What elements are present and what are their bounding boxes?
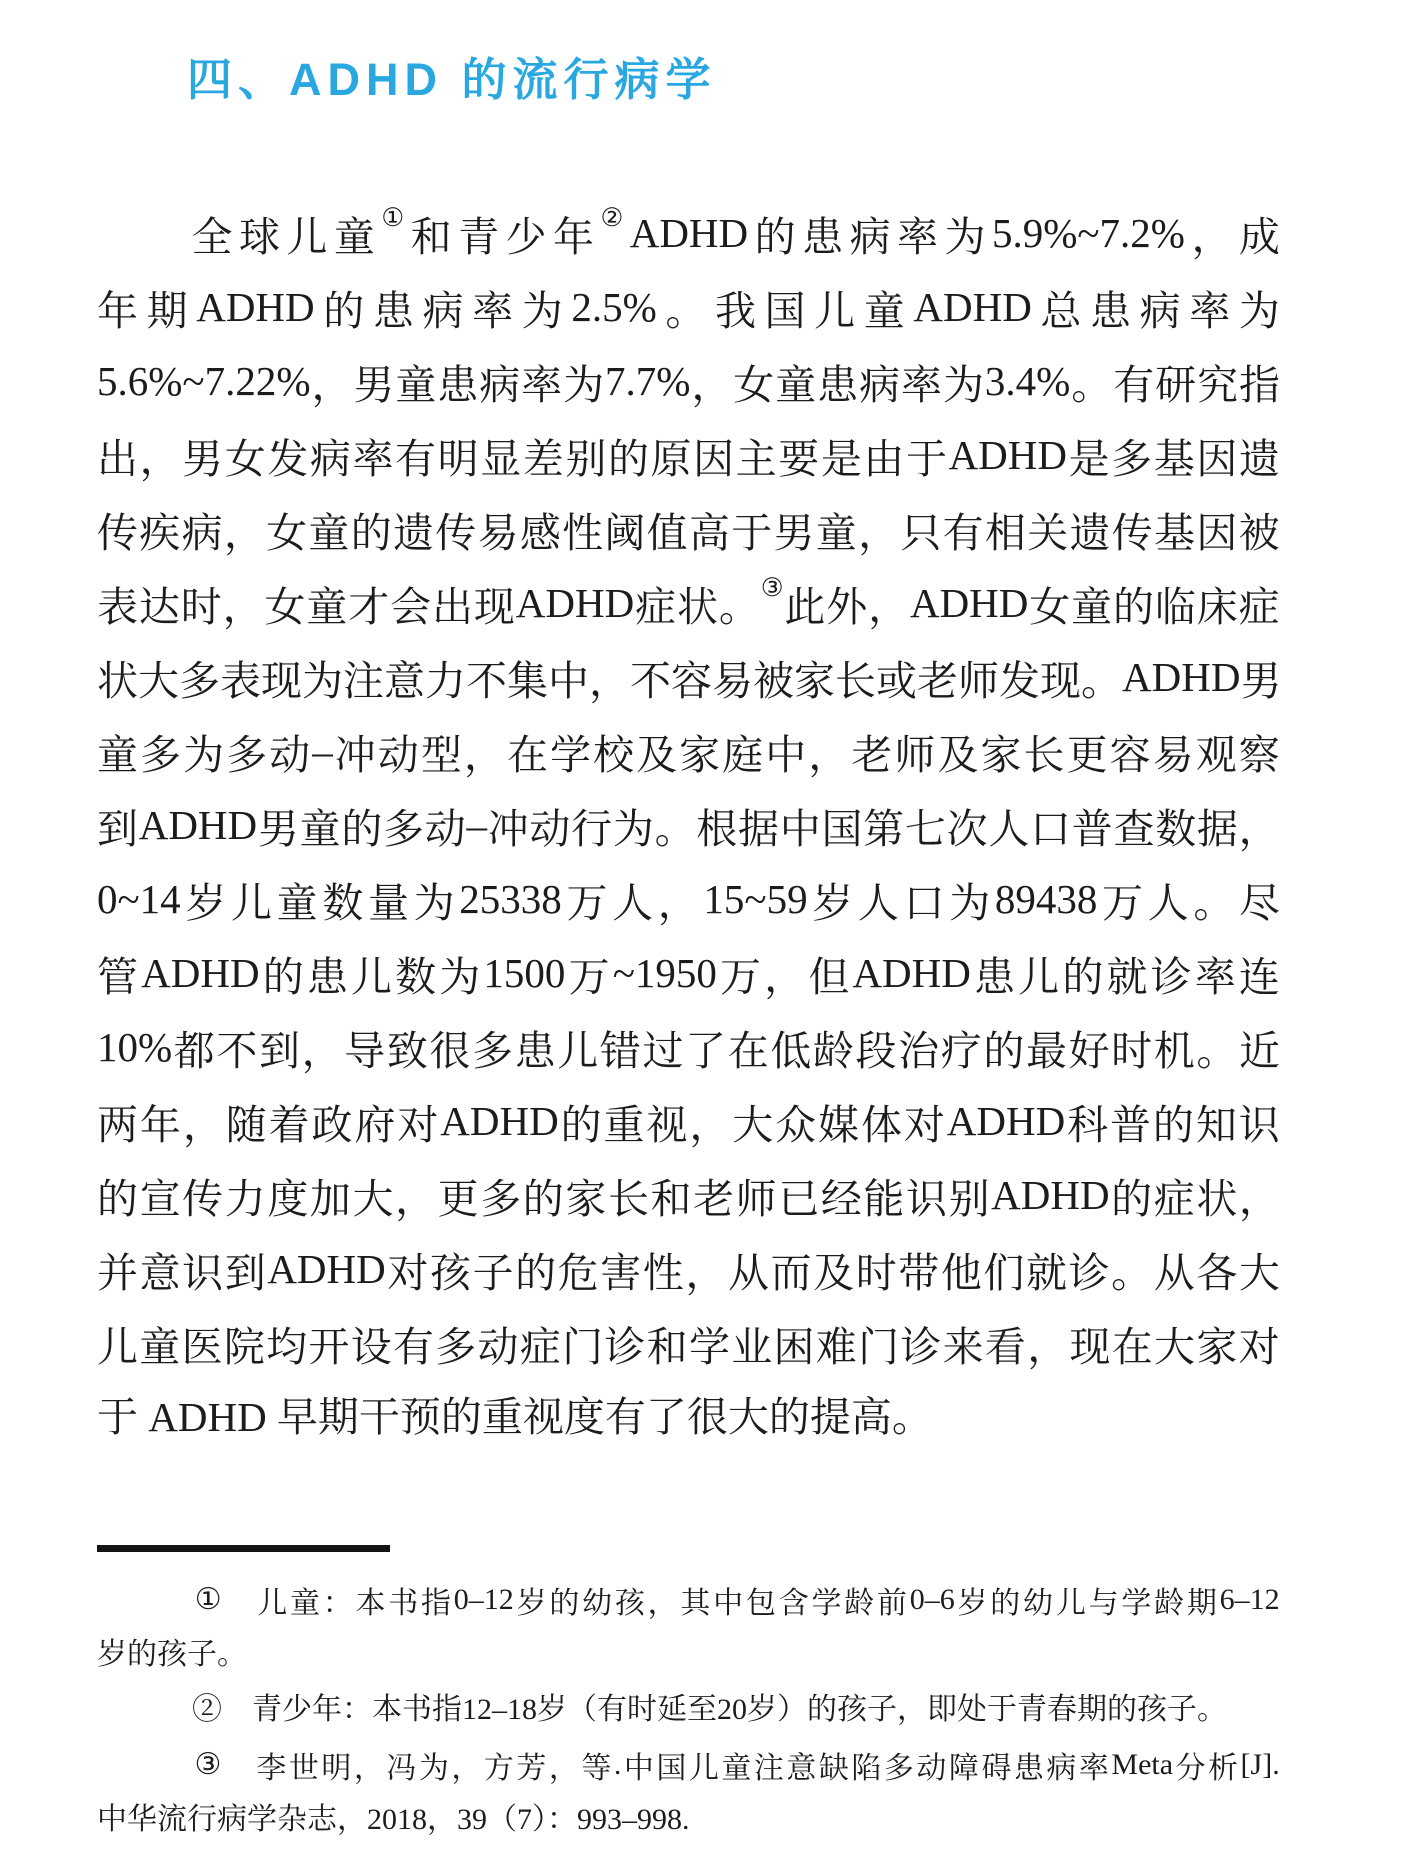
text-token: 指 <box>421 1578 451 1622</box>
text-token: 病 <box>479 352 520 411</box>
text-token: 阈 <box>604 500 645 559</box>
text-token: 3.4% <box>985 357 1070 405</box>
text-token: 冲 <box>488 796 529 855</box>
text-token: 的 <box>263 944 304 1003</box>
text-token: 状 <box>1196 1166 1237 1225</box>
text-token: 动 <box>478 1314 519 1373</box>
text-token: 人 <box>1148 870 1189 929</box>
text-token: 因 <box>1196 426 1237 485</box>
text-token: 儿 <box>286 204 327 263</box>
text-token: 被 <box>753 648 794 707</box>
footnote-ref: ② <box>600 202 623 233</box>
text-token: 观 <box>1196 722 1237 781</box>
text-token: 主 <box>736 426 777 485</box>
text-token: 的 <box>549 1578 579 1622</box>
text-line: 0~14岁儿童数量为25338万人，15~59岁人口为89438万人。尽 <box>97 862 1280 936</box>
text-token: 中 <box>548 648 589 707</box>
text-line: 出，男女发病率有明显差别的原因主要是由于ADHD是多基因遗 <box>97 418 1280 492</box>
text-token: 幼 <box>582 1578 612 1622</box>
text-token: ， <box>223 574 264 633</box>
text-token: 很 <box>429 1018 470 1077</box>
text-token: ， <box>868 574 909 633</box>
text-token: 。 <box>655 796 696 855</box>
text-token: 量 <box>368 870 409 929</box>
text-token: 性 <box>643 1240 684 1299</box>
text-token: 岁 <box>812 870 853 929</box>
text-token: 童 <box>395 352 436 411</box>
text-line: 童多为多动–冲动型，在学校及家庭中，老师及家长更容易观察 <box>97 714 1280 788</box>
text-token: 患 <box>802 204 843 263</box>
text-line: 儿童医院均开设有多动症门诊和学业困难门诊来看，现在大家对 <box>97 1306 1280 1380</box>
text-token: 才 <box>348 574 389 633</box>
text-token: 连 <box>1239 944 1280 1003</box>
text-token: . <box>614 1748 622 1782</box>
text-line: 年期ADHD的患病率为2.5%。我国儿童ADHD总患病率为 <box>97 270 1280 344</box>
text-token: 诊 <box>1151 944 1192 1003</box>
text-token: 冯 <box>386 1743 416 1787</box>
text-token: 的 <box>515 1240 556 1299</box>
text-token: 重 <box>604 1092 645 1151</box>
text-token: 动 <box>916 1743 946 1787</box>
text-token: 为 <box>943 352 984 411</box>
text-token: 多 <box>1111 426 1152 485</box>
text-token: 究 <box>1197 352 1238 411</box>
text-token: ， <box>1191 204 1232 263</box>
text-token: 的 <box>351 500 392 559</box>
text-token: 诊 <box>1069 1240 1110 1299</box>
footnote-separator-bar <box>97 1545 390 1552</box>
text-token: 传 <box>182 1166 223 1225</box>
text-token: 家 <box>565 1166 606 1225</box>
text-token: 率 <box>472 278 513 337</box>
text-token: 童 <box>306 574 347 633</box>
text-token: 龄 <box>1154 1578 1184 1622</box>
text-token: ， <box>691 352 732 411</box>
text-token: 不 <box>466 648 507 707</box>
text-token: 大 <box>732 1092 773 1151</box>
text-token: 病 <box>310 426 351 485</box>
text-token: 儿 <box>689 1743 719 1787</box>
text-token: 其 <box>680 1578 710 1622</box>
text-token: 害 <box>600 1240 641 1299</box>
text-token: 女 <box>733 352 774 411</box>
text-token: 外 <box>826 574 867 633</box>
text-token: 遗 <box>393 500 434 559</box>
text-token: 显 <box>480 426 521 485</box>
text-line: 传疾病，女童的遗传易感性阈值高于男童，只有相关遗传基因被 <box>97 492 1280 566</box>
text-token: 多 <box>383 796 424 855</box>
text-token: 患 <box>307 944 348 1003</box>
text-token: ， <box>451 1743 481 1787</box>
text-token: 困 <box>774 1314 815 1373</box>
text-token: 及 <box>813 1240 854 1299</box>
text-token: 力 <box>425 648 466 707</box>
text-token: 段 <box>856 1018 897 1077</box>
text-token: 为 <box>563 352 604 411</box>
text-token: 学 <box>1121 1578 1151 1622</box>
text-token: 率 <box>901 352 942 411</box>
text-token: 门 <box>858 1314 899 1373</box>
text-token: 相 <box>985 500 1026 559</box>
text-token: 中 <box>780 796 821 855</box>
text-token: 多 <box>472 1018 513 1077</box>
text-token: ， <box>764 944 805 1003</box>
text-token: 率 <box>521 352 562 411</box>
text-token: 10% <box>97 1023 172 1071</box>
text-token: 为 <box>522 278 563 337</box>
text-token: ADHD <box>1122 653 1240 701</box>
text-line: 全球儿童①和青少年②ADHD的患病率为5.9%~7.2%，成 <box>97 196 1280 270</box>
text-token: 国 <box>821 796 862 855</box>
text-token: 患 <box>373 278 414 337</box>
text-token: 的 <box>523 1166 564 1225</box>
text-token: 明 <box>438 426 479 485</box>
text-token: 的 <box>323 278 364 337</box>
text-token: 男 <box>182 426 223 485</box>
text-token: 是 <box>1069 426 1110 485</box>
text-line: 管ADHD的患儿数为1500万~1950万，但ADHD患儿的就诊率连 <box>97 936 1280 1010</box>
text-token: ADHD <box>630 209 748 257</box>
footnote-item: ② 青少年：本书指12–18岁（有时延至20岁）的孩子，即处于青春期的孩子。 <box>97 1682 1280 1737</box>
text-token: 率 <box>1195 944 1236 1003</box>
text-token: ADHD <box>440 1097 558 1145</box>
text-token: 普 <box>1072 796 1113 855</box>
text-token: 女 <box>265 574 306 633</box>
text-token: 幼 <box>1023 1578 1053 1622</box>
text-token: 成 <box>1239 204 1280 263</box>
text-line: 的宣传力度加大，更多的家长和老师已经能识别ADHD的症状， <box>97 1158 1280 1232</box>
text-token: 根 <box>696 796 737 855</box>
text-token: 均 <box>266 1314 307 1373</box>
text-token: ， <box>689 1092 730 1151</box>
footnote-ref: ① <box>381 202 404 233</box>
text-token: 状 <box>677 574 718 633</box>
text-token: 的 <box>1111 1166 1152 1225</box>
text-token: 老 <box>917 648 958 707</box>
text-token: ， <box>183 1092 224 1151</box>
text-token: 和 <box>411 204 452 263</box>
text-token: 多 <box>226 722 267 781</box>
text-token: 期 <box>147 278 188 337</box>
text-token: 25338 <box>459 875 562 923</box>
text-token: 男 <box>1240 648 1281 707</box>
text-token: 多 <box>884 1743 914 1787</box>
text-token: 男 <box>353 352 394 411</box>
text-token: 人 <box>988 796 1029 855</box>
text-token: ， <box>302 1018 343 1077</box>
text-token: 基 <box>1154 500 1195 559</box>
text-token: 家 <box>794 648 835 707</box>
text-token: 。 <box>665 278 706 337</box>
text-token: 疾 <box>139 500 180 559</box>
text-token: 口 <box>1030 796 1071 855</box>
text-token: 年 <box>97 278 138 337</box>
text-line: 10%都不到，导致很多患儿错过了在低龄段治疗的最好时机。近 <box>97 1010 1280 1084</box>
text-token: 与 <box>1089 1578 1119 1622</box>
text-token: 少 <box>506 204 547 263</box>
text-token: 原 <box>651 426 692 485</box>
text-token: 经 <box>821 1166 862 1225</box>
text-line: 5.6%~7.22%，男童患病率为7.7%，女童患病率为3.4%。有研究指 <box>97 344 1280 418</box>
text-token: 病 <box>850 204 891 263</box>
text-token: 童 <box>334 204 375 263</box>
text-token: 书 <box>388 1578 418 1622</box>
text-line: 到ADHD男童的多动–冲动行为。根据中国第七次人口普查数据， <box>97 788 1280 862</box>
text-token: 现 <box>1069 1314 1110 1373</box>
text-token: 病 <box>182 500 223 559</box>
text-token: 从 <box>1154 1240 1195 1299</box>
text-token: 到 <box>225 1240 266 1299</box>
text-token: 了 <box>685 1018 726 1077</box>
text-token: 更 <box>438 1166 479 1225</box>
text-token: 注 <box>754 1743 784 1787</box>
text-token: 我 <box>715 278 756 337</box>
text-token: 有 <box>395 426 436 485</box>
text-line: ①儿童：本书指0–12岁的幼孩，其中包含学龄前0–6岁的幼儿与学龄期6–12 <box>97 1572 1280 1627</box>
text-token: ADHD <box>991 1171 1109 1219</box>
text-token: 性 <box>562 500 603 559</box>
text-token: 童 <box>775 352 816 411</box>
text-token: 童 <box>1071 574 1112 633</box>
text-token: ， <box>354 1743 384 1787</box>
text-token: ADHD <box>267 1245 385 1293</box>
text-token: 此 <box>784 574 825 633</box>
text-token: 率 <box>1079 1743 1109 1787</box>
text-token: 包 <box>746 1578 776 1622</box>
text-token: 及 <box>636 722 677 781</box>
text-token: 要 <box>778 426 819 485</box>
text-token: 因 <box>1196 500 1237 559</box>
text-token: 在 <box>1112 1314 1153 1373</box>
text-token: 危 <box>558 1240 599 1299</box>
text-token: 及 <box>937 722 978 781</box>
text-token: 错 <box>600 1018 641 1077</box>
text-token: 的 <box>1062 944 1103 1003</box>
text-token: 89438 <box>995 875 1098 923</box>
text-token: ADHD <box>141 949 259 997</box>
text-token: 岁 <box>958 1578 988 1622</box>
text-token: 童 <box>97 722 138 781</box>
text-token: 过 <box>642 1018 683 1077</box>
text-token: 含 <box>779 1578 809 1622</box>
text-token: 等 <box>581 1743 611 1787</box>
text-token: 男 <box>258 796 299 855</box>
text-token: 儿 <box>557 1018 598 1077</box>
text-token: 为 <box>945 204 986 263</box>
text-token: 口 <box>904 870 945 929</box>
text-line: 并意识到ADHD对孩子的危害性，从而及时带他们就诊。从各大 <box>97 1232 1280 1306</box>
text-token: 为 <box>949 870 990 929</box>
text-token: 万 <box>1102 870 1143 929</box>
text-token: 型 <box>421 722 462 781</box>
text-token: ADHD <box>139 801 257 849</box>
text-token: 达 <box>139 574 180 633</box>
text-token: 发 <box>267 426 308 485</box>
text-token: 学 <box>550 722 591 781</box>
text-token: 传 <box>1112 500 1153 559</box>
text-token: 老 <box>851 722 892 781</box>
text-token: 七 <box>905 796 946 855</box>
text-token: 出 <box>97 426 138 485</box>
text-token: 人 <box>858 870 899 929</box>
text-token: 现 <box>474 574 515 633</box>
text-token: ， <box>858 500 899 559</box>
text-token: 校 <box>593 722 634 781</box>
text-token: 关 <box>1027 500 1068 559</box>
text-token: 政 <box>312 1092 353 1151</box>
text-token: 的 <box>608 426 649 485</box>
text-token: 为 <box>419 1743 449 1787</box>
text-token: 患 <box>1090 278 1131 337</box>
text-token: 男 <box>774 500 815 559</box>
text-token: 意 <box>140 1240 181 1299</box>
text-token: 0–12 <box>454 1583 514 1617</box>
text-token: 诊 <box>604 1314 645 1373</box>
text-token: 。 <box>1071 352 1112 411</box>
text-token: 容 <box>1110 722 1151 781</box>
text-token: 们 <box>983 1240 1024 1299</box>
text-token: 力 <box>225 1166 266 1225</box>
text-token: 在 <box>507 722 548 781</box>
text-line: ③李世明，冯为，方芳，等.中国儿童注意缺陷多动障碍患病率Meta分析[J]. <box>97 1737 1280 1792</box>
text-token: 7.7% <box>605 357 690 405</box>
text-token: 大 <box>138 648 179 707</box>
text-token: 孩 <box>430 1240 471 1299</box>
text-token: 对 <box>904 1092 945 1151</box>
text-token: 年 <box>140 1092 181 1151</box>
text-token: ③ <box>195 1747 222 1782</box>
text-token: 年 <box>553 204 594 263</box>
text-token: 病 <box>422 278 463 337</box>
text-token: 只 <box>900 500 941 559</box>
text-token: 率 <box>352 426 393 485</box>
text-token: ① <box>195 1582 222 1617</box>
text-token: 。 <box>1196 1018 1237 1077</box>
text-token: 度 <box>267 1166 308 1225</box>
text-token: 普 <box>1110 1092 1151 1151</box>
text-token: 5.9%~7.2% <box>992 209 1185 257</box>
text-token: 数 <box>395 944 436 1003</box>
text-token: 童 <box>139 1314 180 1373</box>
text-token: 师 <box>736 1166 777 1225</box>
text-token: 儿 <box>351 944 392 1003</box>
text-token: 行 <box>571 796 612 855</box>
text-token: ， <box>1027 1314 1068 1373</box>
text-token: 近 <box>1239 1018 1280 1077</box>
text-token: 随 <box>226 1092 267 1151</box>
text-token: 最 <box>1026 1018 1067 1077</box>
text-token: 女 <box>1029 574 1070 633</box>
text-token: 方 <box>484 1743 514 1787</box>
text-line: ② 青少年：本书指12–18岁（有时延至20岁）的孩子，即处于青春期的孩子。 <box>97 1682 1280 1737</box>
text-token: 和 <box>651 1166 692 1225</box>
text-token: 国 <box>765 278 806 337</box>
book-page: 四、ADHD 的流行病学 全球儿童①和青少年②ADHD的患病率为5.9%~7.2… <box>0 0 1408 1873</box>
text-token: 次 <box>947 796 988 855</box>
text-token: ADHD <box>947 1097 1065 1145</box>
text-token: 从 <box>728 1240 769 1299</box>
text-token: 患 <box>437 352 478 411</box>
text-token: 低 <box>770 1018 811 1077</box>
text-token: ， <box>685 1240 726 1299</box>
text-token: 动 <box>529 796 570 855</box>
text-token: 前 <box>877 1578 907 1622</box>
text-token: 多 <box>435 1314 476 1373</box>
text-token: 集 <box>507 648 548 707</box>
text-token: 他 <box>941 1240 982 1299</box>
text-token: 对 <box>397 1092 438 1151</box>
text-token: 容 <box>671 648 712 707</box>
text-token: 青 <box>458 204 499 263</box>
text-token: 陷 <box>851 1743 881 1787</box>
text-token: 万 <box>720 944 761 1003</box>
text-token: 症 <box>1239 574 1280 633</box>
text-line: 于 ADHD 早期干预的重视度有了很大的提高。 <box>97 1380 1280 1454</box>
text-token: 查 <box>1113 796 1154 855</box>
text-token: 的 <box>97 1166 138 1225</box>
text-token: ， <box>395 1166 436 1225</box>
text-token: 表 <box>97 574 138 633</box>
text-token: ， <box>808 722 849 781</box>
text-token: 家 <box>1196 1314 1237 1373</box>
text-token: 识 <box>1239 1092 1280 1151</box>
text-token: 时 <box>856 1240 897 1299</box>
text-token: 或 <box>876 648 917 707</box>
text-token: 都 <box>174 1018 215 1077</box>
text-token: 儿 <box>231 870 272 929</box>
text-token: 到 <box>97 796 138 855</box>
text-token: 童 <box>816 500 857 559</box>
text-token: 明 <box>321 1743 351 1787</box>
text-token: 感 <box>520 500 561 559</box>
text-token: 识 <box>182 1240 223 1299</box>
text-token: 疗 <box>941 1018 982 1077</box>
text-token: 时 <box>181 574 222 633</box>
text-token: 症 <box>520 1314 561 1373</box>
text-token: 学 <box>689 1314 730 1373</box>
text-token: 好 <box>1069 1018 1110 1077</box>
text-token: 有 <box>393 1314 434 1373</box>
text-token: 有 <box>1113 352 1154 411</box>
text-token: 为 <box>439 944 480 1003</box>
text-token: 开 <box>308 1314 349 1373</box>
footnote-item: ①儿童：本书指0–12岁的幼孩，其中包含学龄前0–6岁的幼儿与学龄期6–12岁的… <box>97 1572 1280 1682</box>
text-token: 遗 <box>1239 426 1280 485</box>
text-token: 家 <box>980 722 1021 781</box>
text-token: 总 <box>1040 278 1081 337</box>
text-token: ， <box>140 426 181 485</box>
text-token: 来 <box>943 1314 984 1373</box>
text-token: 数 <box>1155 796 1196 855</box>
text-token: 为 <box>302 648 343 707</box>
text-token: 被 <box>1239 500 1280 559</box>
text-token: 童 <box>300 796 341 855</box>
text-token: ， <box>311 352 352 411</box>
text-token: 析 <box>1208 1743 1238 1787</box>
text-token: 因 <box>693 426 734 485</box>
text-token: 患 <box>1014 1743 1044 1787</box>
text-token: ， <box>549 1743 579 1787</box>
text-token: 病 <box>859 352 900 411</box>
text-token: 并 <box>97 1240 138 1299</box>
text-token: 对 <box>387 1240 428 1299</box>
text-token: ， <box>648 1578 678 1622</box>
text-token: 长 <box>608 1166 649 1225</box>
text-line: 岁的孩子。 <box>97 1627 1280 1682</box>
text-token: 童 <box>277 870 318 929</box>
text-token: – <box>312 727 333 775</box>
text-token: 遗 <box>1069 500 1110 559</box>
